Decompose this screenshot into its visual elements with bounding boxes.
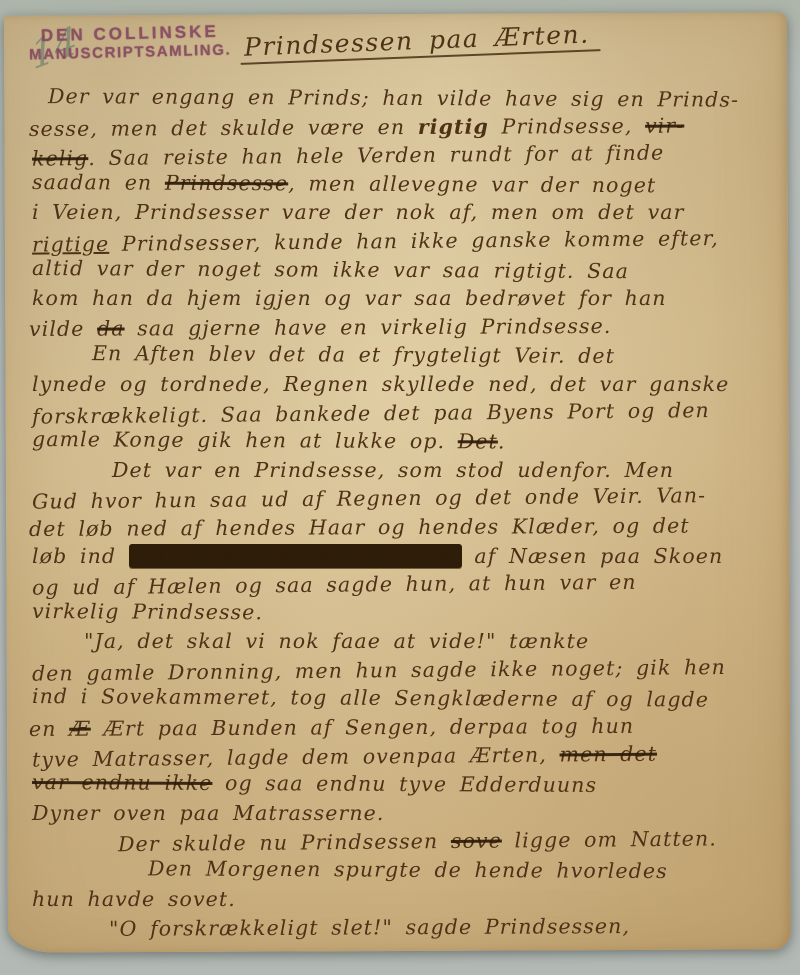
handwritten-text: rigtig [418, 114, 489, 138]
manuscript-line: vilde da saa gjerne have en virkelig Pri… [29, 311, 783, 344]
underlined-text: rigtige [32, 232, 109, 257]
handwritten-text: Den Morgenen spurgte de hende hvorledes [148, 856, 668, 883]
struck-text: sove [451, 829, 502, 853]
manuscript-line: var endnu ikke og saa endnu tyve Edderdu… [32, 768, 786, 801]
manuscript-line: saadan en Prindsesse, men allevegne var … [32, 168, 786, 201]
handwritten-text: Gud hvor hun saa ud af Regnen og det ond… [32, 483, 706, 513]
handwritten-text: Prindsesse, [489, 113, 645, 138]
manuscript-scan: { "page": { "background_color": "#b6bcb8… [0, 0, 800, 975]
collection-stamp: DEN COLLINSKE MANUSCRIPTSAMLING. [20, 21, 241, 63]
handwritten-text: virkelig Prindsesse. [32, 599, 263, 624]
handwritten-text: , men allevegne var der noget [288, 171, 656, 197]
handwritten-text: og saa endnu tyve Edderduuns [212, 771, 597, 797]
manuscript-line: Dyner oven paa Matrasserne. [32, 799, 786, 828]
blotted-text: ad Skoen og ud af Hælen [129, 544, 462, 568]
handwritten-text: forskrækkeligt. Saa bankede det paa Byen… [32, 398, 710, 429]
handwritten-text: en [29, 717, 69, 741]
handwritten-text: ind i Sovekammeret, tog alle Sengklædern… [32, 684, 709, 712]
handwritten-text: . Saa reiste han hele Verden rundt for a… [88, 141, 664, 171]
handwritten-text: vilde [29, 316, 97, 340]
manuscript-line: Det var en Prindsesse, som stod udenfor.… [112, 456, 786, 485]
struck-text: vir- [645, 113, 684, 137]
manuscript-line: lynede og tordnede, Regnen skyllede ned,… [32, 370, 786, 399]
manuscript-line: "Ja, det skal vi nok faae at vide!" tænk… [84, 627, 786, 656]
handwritten-text: sesse, men det skulde være en [29, 115, 418, 141]
handwritten-text: tyve Matrasser, lagde dem ovenpaa Ærten, [32, 742, 560, 771]
struck-text: var endnu ikke [32, 770, 213, 795]
manuscript-line: løb ind ad Skoen og ud af Hælen af Næsen… [32, 542, 786, 571]
struck-text: Det [458, 429, 498, 453]
handwritten-text: Prindsesser, kunde han ikke ganske komme… [109, 226, 719, 256]
handwritten-text: ligge om Natten. [502, 827, 717, 853]
handwritten-text: hun havde sovet. [32, 887, 236, 911]
handwritten-text: gamle Konge gik hen at lukke op. [32, 427, 458, 453]
handwritten-text: Det var en Prindsesse, som stod udenfor.… [112, 458, 674, 482]
struck-text: da [97, 316, 125, 340]
handwritten-text: i Veien, Prindsesser vare der nok af, me… [32, 200, 684, 224]
struck-text: Prindsesse [165, 171, 288, 196]
handwritten-text: Der skulde nu Prindsessen [118, 829, 451, 856]
handwritten-text: kom han da hjem igjen og var saa bedrøve… [32, 286, 667, 310]
handwritten-text: "O forskrækkeligt slet!" sagde Prindsess… [109, 914, 630, 941]
manuscript-line: Den Morgenen spurgte de hende hvorledes [148, 854, 786, 886]
handwritten-text: den gamle Dronning, men hun sagde ikke n… [32, 655, 726, 686]
handwritten-text: saadan en [32, 170, 165, 195]
manuscript-line: det løb ned af hendes Haar og hendes Klæ… [29, 511, 783, 544]
handwritten-text: saa gjerne have en virkelig Prindsesse. [125, 314, 612, 341]
handwritten-text: det løb ned af hendes Haar og hendes Klæ… [29, 513, 690, 540]
handwritten-text: af Næsen paa Skoen [462, 544, 724, 568]
handwritten-text: Ært paa Bunden af Sengen, derpaa tog hun [91, 714, 635, 741]
handwritten-text: Der var engang en Prinds; han vilde have… [48, 84, 739, 112]
manuscript-line: ind i Sovekammeret, tog alle Sengklædern… [32, 682, 786, 715]
handwritten-text: "Ja, det skal vi nok faae at vide!" tænk… [84, 629, 589, 653]
manuscript-line: En Aften blev det da et frygteligt Veir.… [92, 340, 786, 372]
handwritten-text: og ud af Hælen og saa sagde hun, at hun … [32, 570, 637, 600]
handwritten-text: En Aften blev det da et frygteligt Veir.… [92, 342, 615, 369]
handwritten-text: lynede og tordnede, Regnen skyllede ned,… [32, 372, 729, 396]
manuscript-text: Der var engang en Prinds; han vilde have… [32, 84, 786, 942]
manuscript-line: kom han da hjem igjen og var saa bedrøve… [32, 284, 786, 313]
struck-text: Æ [69, 717, 91, 741]
manuscript-line: Der var engang en Prinds; han vilde have… [48, 82, 786, 114]
struck-text: men det [559, 741, 657, 766]
handwritten-text: altid var der noget som ikke var saa rig… [32, 256, 629, 283]
handwritten-text: løb ind [32, 544, 129, 568]
manuscript-line: virkelig Prindsesse. [32, 597, 786, 630]
handwritten-text: Dyner oven paa Matrasserne. [32, 801, 385, 825]
manuscript-line: "O forskrækkeligt slet!" sagde Prindsess… [109, 911, 783, 943]
handwritten-text: . [498, 430, 506, 454]
manuscript-line: gamle Konge gik hen at lukke op. Det. [32, 425, 786, 458]
manuscript-line: altid var der noget som ikke var saa rig… [32, 254, 786, 287]
manuscript-line: i Veien, Prindsesser vare der nok af, me… [32, 198, 786, 227]
manuscript-line: hun havde sovet. [32, 885, 786, 914]
